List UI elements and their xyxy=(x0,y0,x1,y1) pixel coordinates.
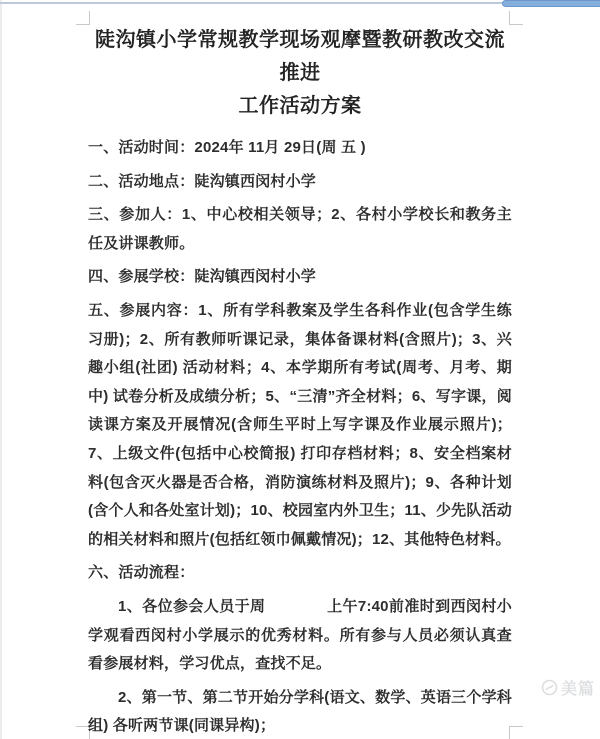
paragraph: 2、第一节、第二节开始分学科(语文、数学、英语三个学科组) 各听两节课(同课异构… xyxy=(88,684,512,739)
document-body: 一、活动时间：2024年 11月 29日(周 五 )二、活动地点：陡沟镇西闵村小… xyxy=(88,134,512,739)
margin-corner-mark-top-right xyxy=(509,11,523,25)
paragraph: 1、各位参会人员于周 上午7:40前准时到西闵村小学观看西闵村小学展示的优秀材料… xyxy=(88,593,512,679)
paragraph: 五、参展内容：1、所有学科教案及学生各科作业(包含学生练习册)；2、所有教师听课… xyxy=(88,297,512,554)
paragraph: 三、参加人：1、中心校相关领导；2、各村小学校长和教务主任及讲课教师。 xyxy=(88,201,512,258)
page-left-edge-shadow xyxy=(0,0,2,739)
paragraph: 四、参展学校：陡沟镇西闵村小学 xyxy=(88,263,512,292)
meipian-watermark: 美篇 xyxy=(541,676,595,699)
paragraph: 六、活动流程： xyxy=(88,559,512,588)
meipian-logo-icon xyxy=(541,679,558,696)
document-title-line2: 工作活动方案 xyxy=(88,90,512,123)
paragraph: 二、活动地点：陡沟镇西闵村小学 xyxy=(88,168,512,197)
screenshot-root: { "document": { "title_line1": "陡沟镇小学常规教… xyxy=(0,0,600,739)
document-page: 陡沟镇小学常规教学现场观摩暨教研教改交流推进 工作活动方案 一、活动时间：202… xyxy=(88,24,512,739)
document-title-line1: 陡沟镇小学常规教学现场观摩暨教研教改交流推进 xyxy=(88,24,512,90)
scrollbar-thumb[interactable] xyxy=(502,0,600,7)
document-title: 陡沟镇小学常规教学现场观摩暨教研教改交流推进 工作活动方案 xyxy=(88,24,512,123)
paragraph: 一、活动时间：2024年 11月 29日(周 五 ) xyxy=(88,134,512,163)
meipian-watermark-label: 美篇 xyxy=(561,676,595,699)
margin-corner-mark-top-left xyxy=(76,11,90,25)
